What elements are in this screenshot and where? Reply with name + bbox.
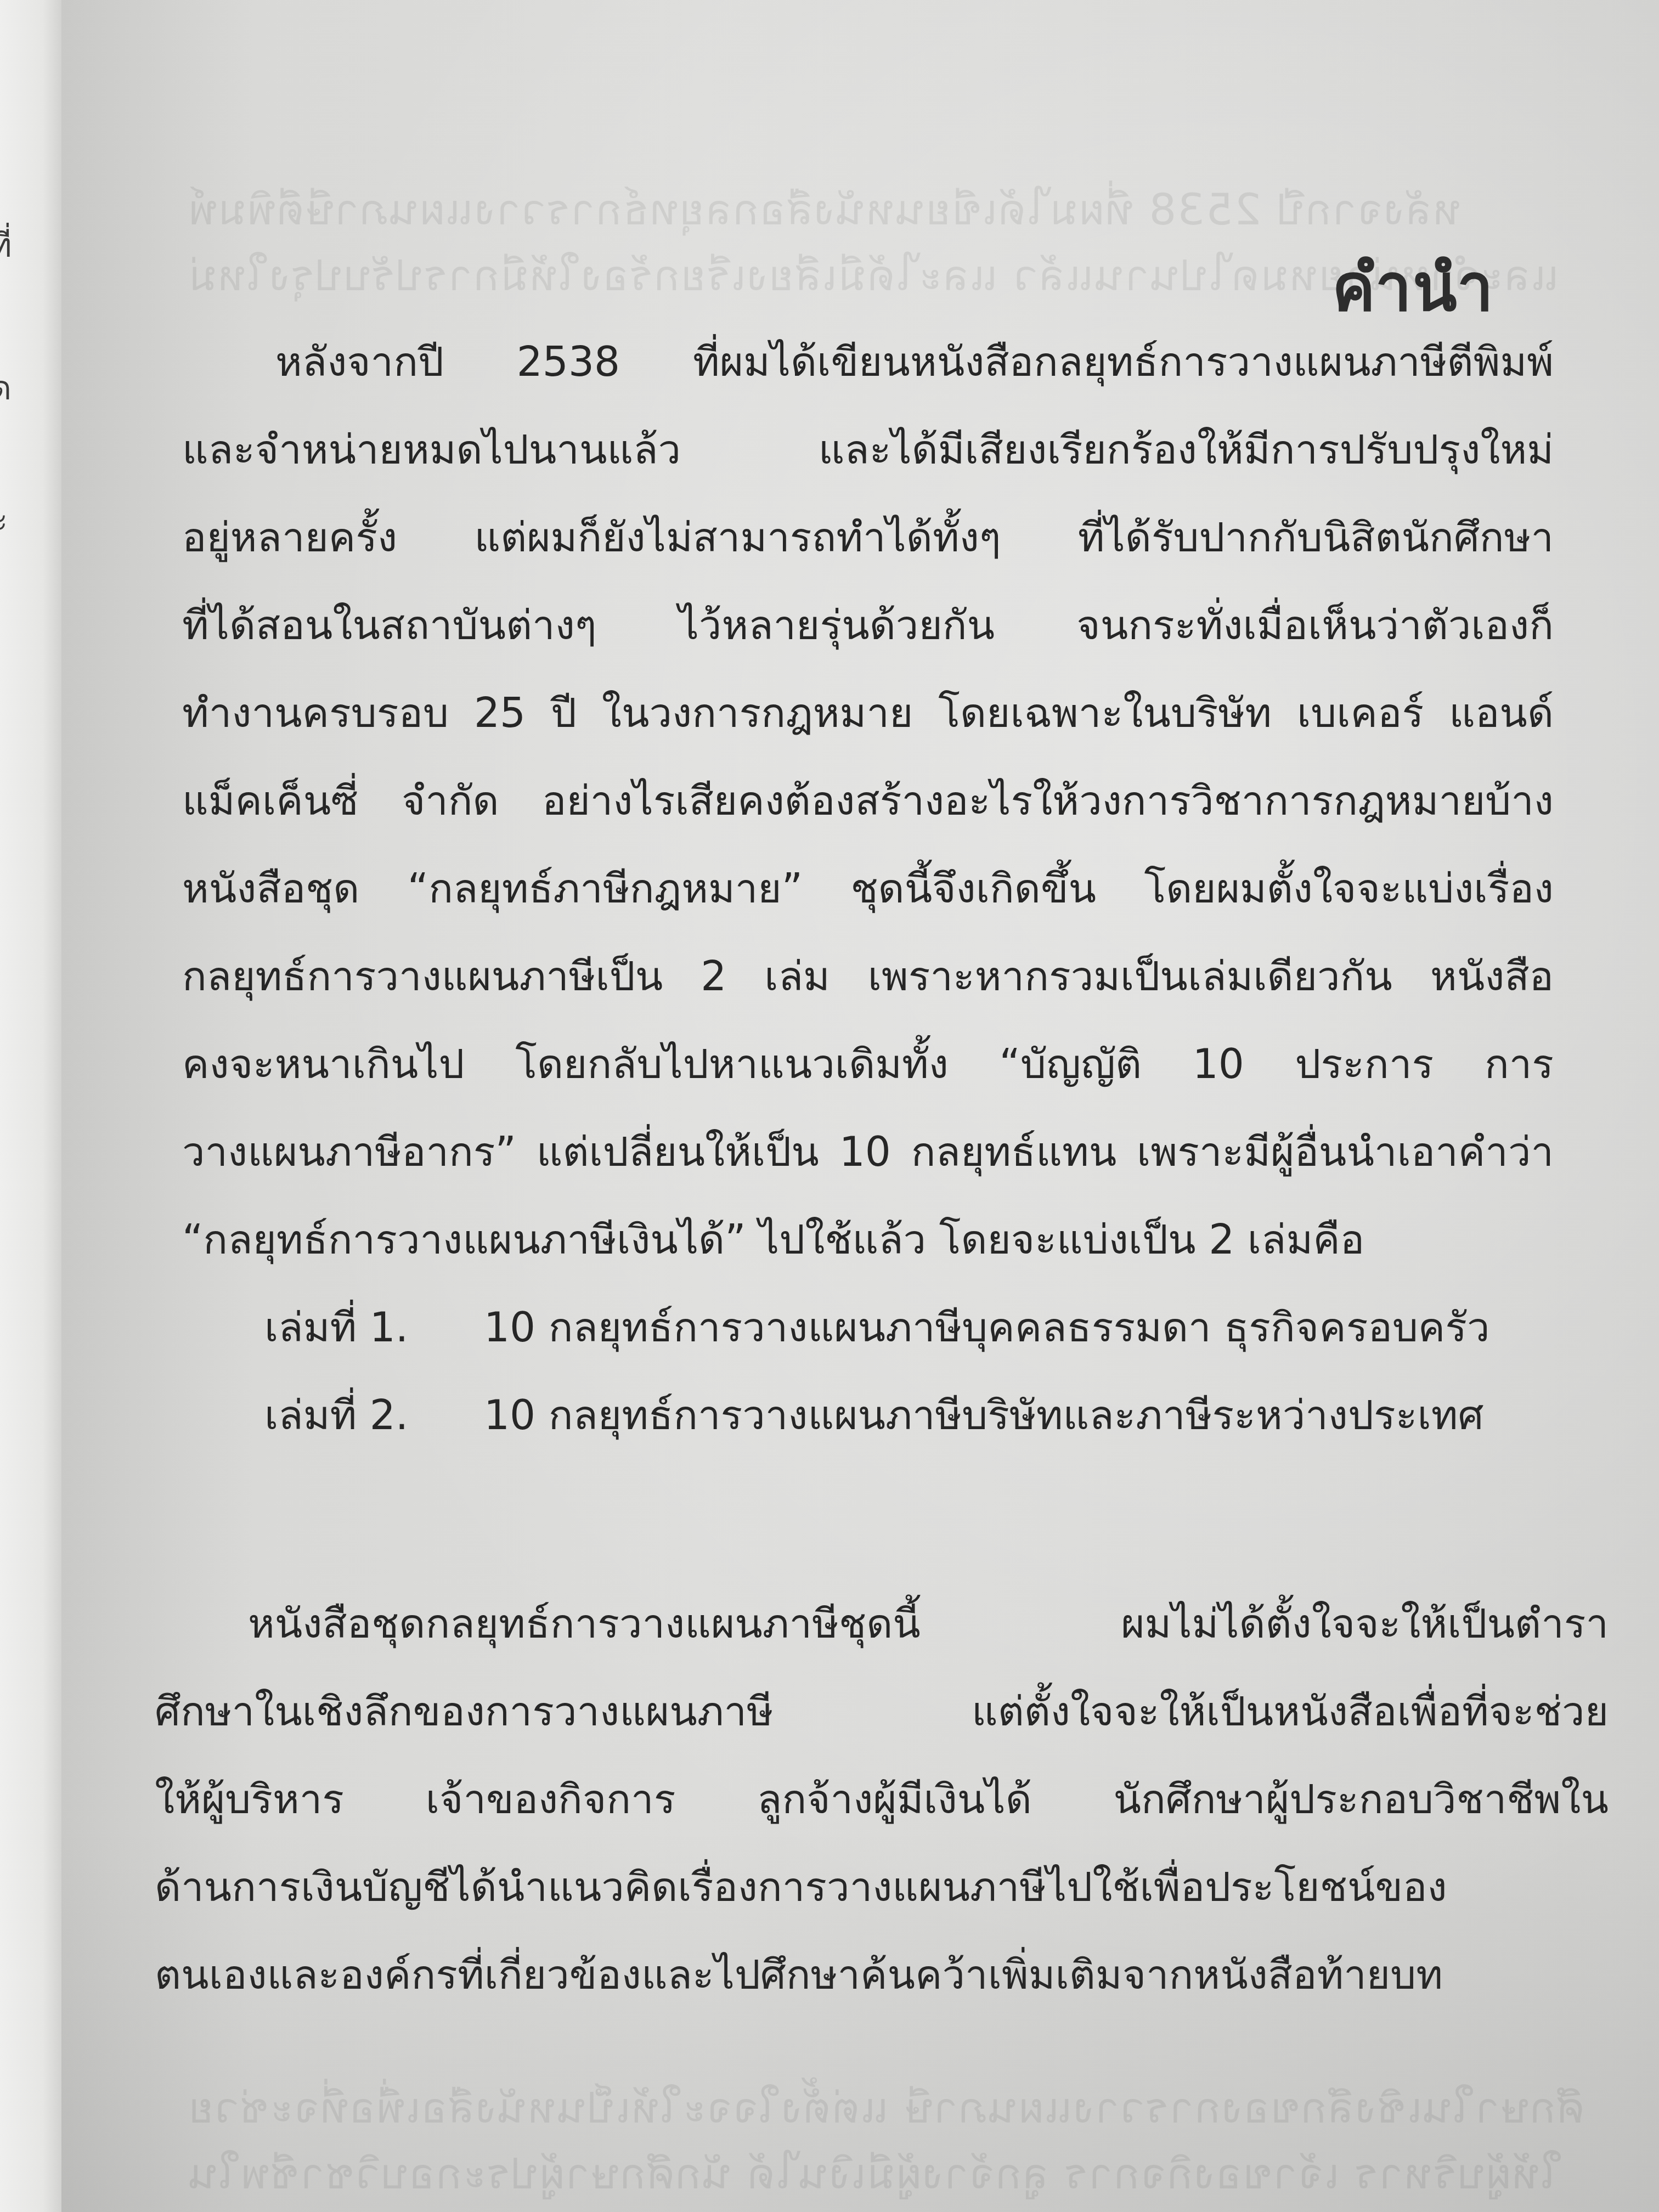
volume-label: เล่มที่ 1. (264, 1284, 484, 1372)
text-line: แม็คเค็นซี่ จำกัด อย่างไรเสียคงต้องสร้าง… (182, 757, 1554, 845)
paragraph-purpose: หนังสือชุดกลยุทธ์การวางแผนภาษีชุดนี้ ผมไ… (155, 1580, 1609, 2019)
adjacent-page-fragment: เ (0, 631, 2, 683)
show-through-text: ศึกษาในเชิงลึกของการวางแผนภาษี แต่ตั้งใจ… (188, 2074, 1584, 2142)
text-line: ที่ได้สอนในสถาบันต่างๆ ไว้หลายรุ่นด้วยกั… (182, 582, 1554, 669)
paragraph-intro: หลังจากปี 2538 ที่ผมได้เขียนหนังสือกลยุท… (182, 318, 1554, 1459)
text-line: และจำหน่ายหมดไปนานแล้ว และได้มีเสียงเรีย… (182, 406, 1554, 494)
volume-title: 10 กลยุทธ์การวางแผนภาษีบุคคลธรรมดา ธุรกิ… (484, 1284, 1554, 1372)
text-line: ด้านการเงินบัญชีได้นำแนวคิดเรื่องการวางแ… (155, 1843, 1609, 1931)
adjacent-page-edge: ที่ ด ะ เ (0, 0, 63, 2212)
adjacent-page-fragment: ด (0, 362, 12, 414)
volume-title: 10 กลยุทธ์การวางแผนภาษีบริษัทและภาษีระหว… (484, 1372, 1554, 1459)
adjacent-page-fragment: ะ (0, 494, 8, 546)
text-line: อยู่หลายครั้ง แต่ผมก็ยังไม่สามารถทำได้ทั… (182, 494, 1554, 582)
text-line: “กลยุทธ์การวางแผนภาษีเงินได้” ไปใช้แล้ว … (182, 1196, 1554, 1284)
text-line: หนังสือชุด “กลยุทธ์ภาษีกฎหมาย” ชุดนี้จึง… (182, 845, 1554, 933)
text-line: วางแผนภาษีอากร” แต่เปลี่ยนให้เป็น 10 กลย… (182, 1108, 1554, 1196)
volume-label: เล่มที่ 2. (264, 1372, 484, 1459)
text-line: ให้ผู้บริหาร เจ้าของกิจการ ลูกจ้างผู้มีเ… (155, 1756, 1609, 1843)
text-line: กลยุทธ์การวางแผนภาษีเป็น 2 เล่ม เพราะหาก… (182, 933, 1554, 1020)
text-line: หลังจากปี 2538 ที่ผมได้เขียนหนังสือกลยุท… (182, 318, 1554, 406)
volume-item: เล่มที่ 1. 10 กลยุทธ์การวางแผนภาษีบุคคลธ… (182, 1284, 1554, 1372)
text-line: หนังสือชุดกลยุทธ์การวางแผนภาษีชุดนี้ ผมไ… (155, 1580, 1609, 1668)
adjacent-page-fragment: ที่ (0, 219, 12, 272)
text-line: ศึกษาในเชิงลึกของการวางแผนภาษี แต่ตั้งใจ… (155, 1668, 1609, 1756)
show-through-text: หลังจากปี 2538 ที่ผมได้เขียนหนังสือกลยุท… (188, 176, 1462, 244)
text-line: ตนเองและองค์กรที่เกี่ยวข้องและไปศึกษาค้น… (155, 1931, 1609, 2019)
volume-item: เล่มที่ 2. 10 กลยุทธ์การวางแผนภาษีบริษัท… (182, 1372, 1554, 1459)
show-through-text: ให้ผู้บริหาร เจ้าของกิจการ ลูกจ้างผู้มีเ… (188, 2140, 1562, 2208)
text-line: คงจะหนาเกินไป โดยกลับไปหาแนวเดิมทั้ง “บั… (182, 1020, 1554, 1108)
book-page: หลังจากปี 2538 ที่ผมได้เขียนหนังสือกลยุท… (61, 0, 1659, 2212)
text-line: ทำงานครบรอบ 25 ปี ในวงการกฎหมาย โดยเฉพาะ… (182, 669, 1554, 757)
